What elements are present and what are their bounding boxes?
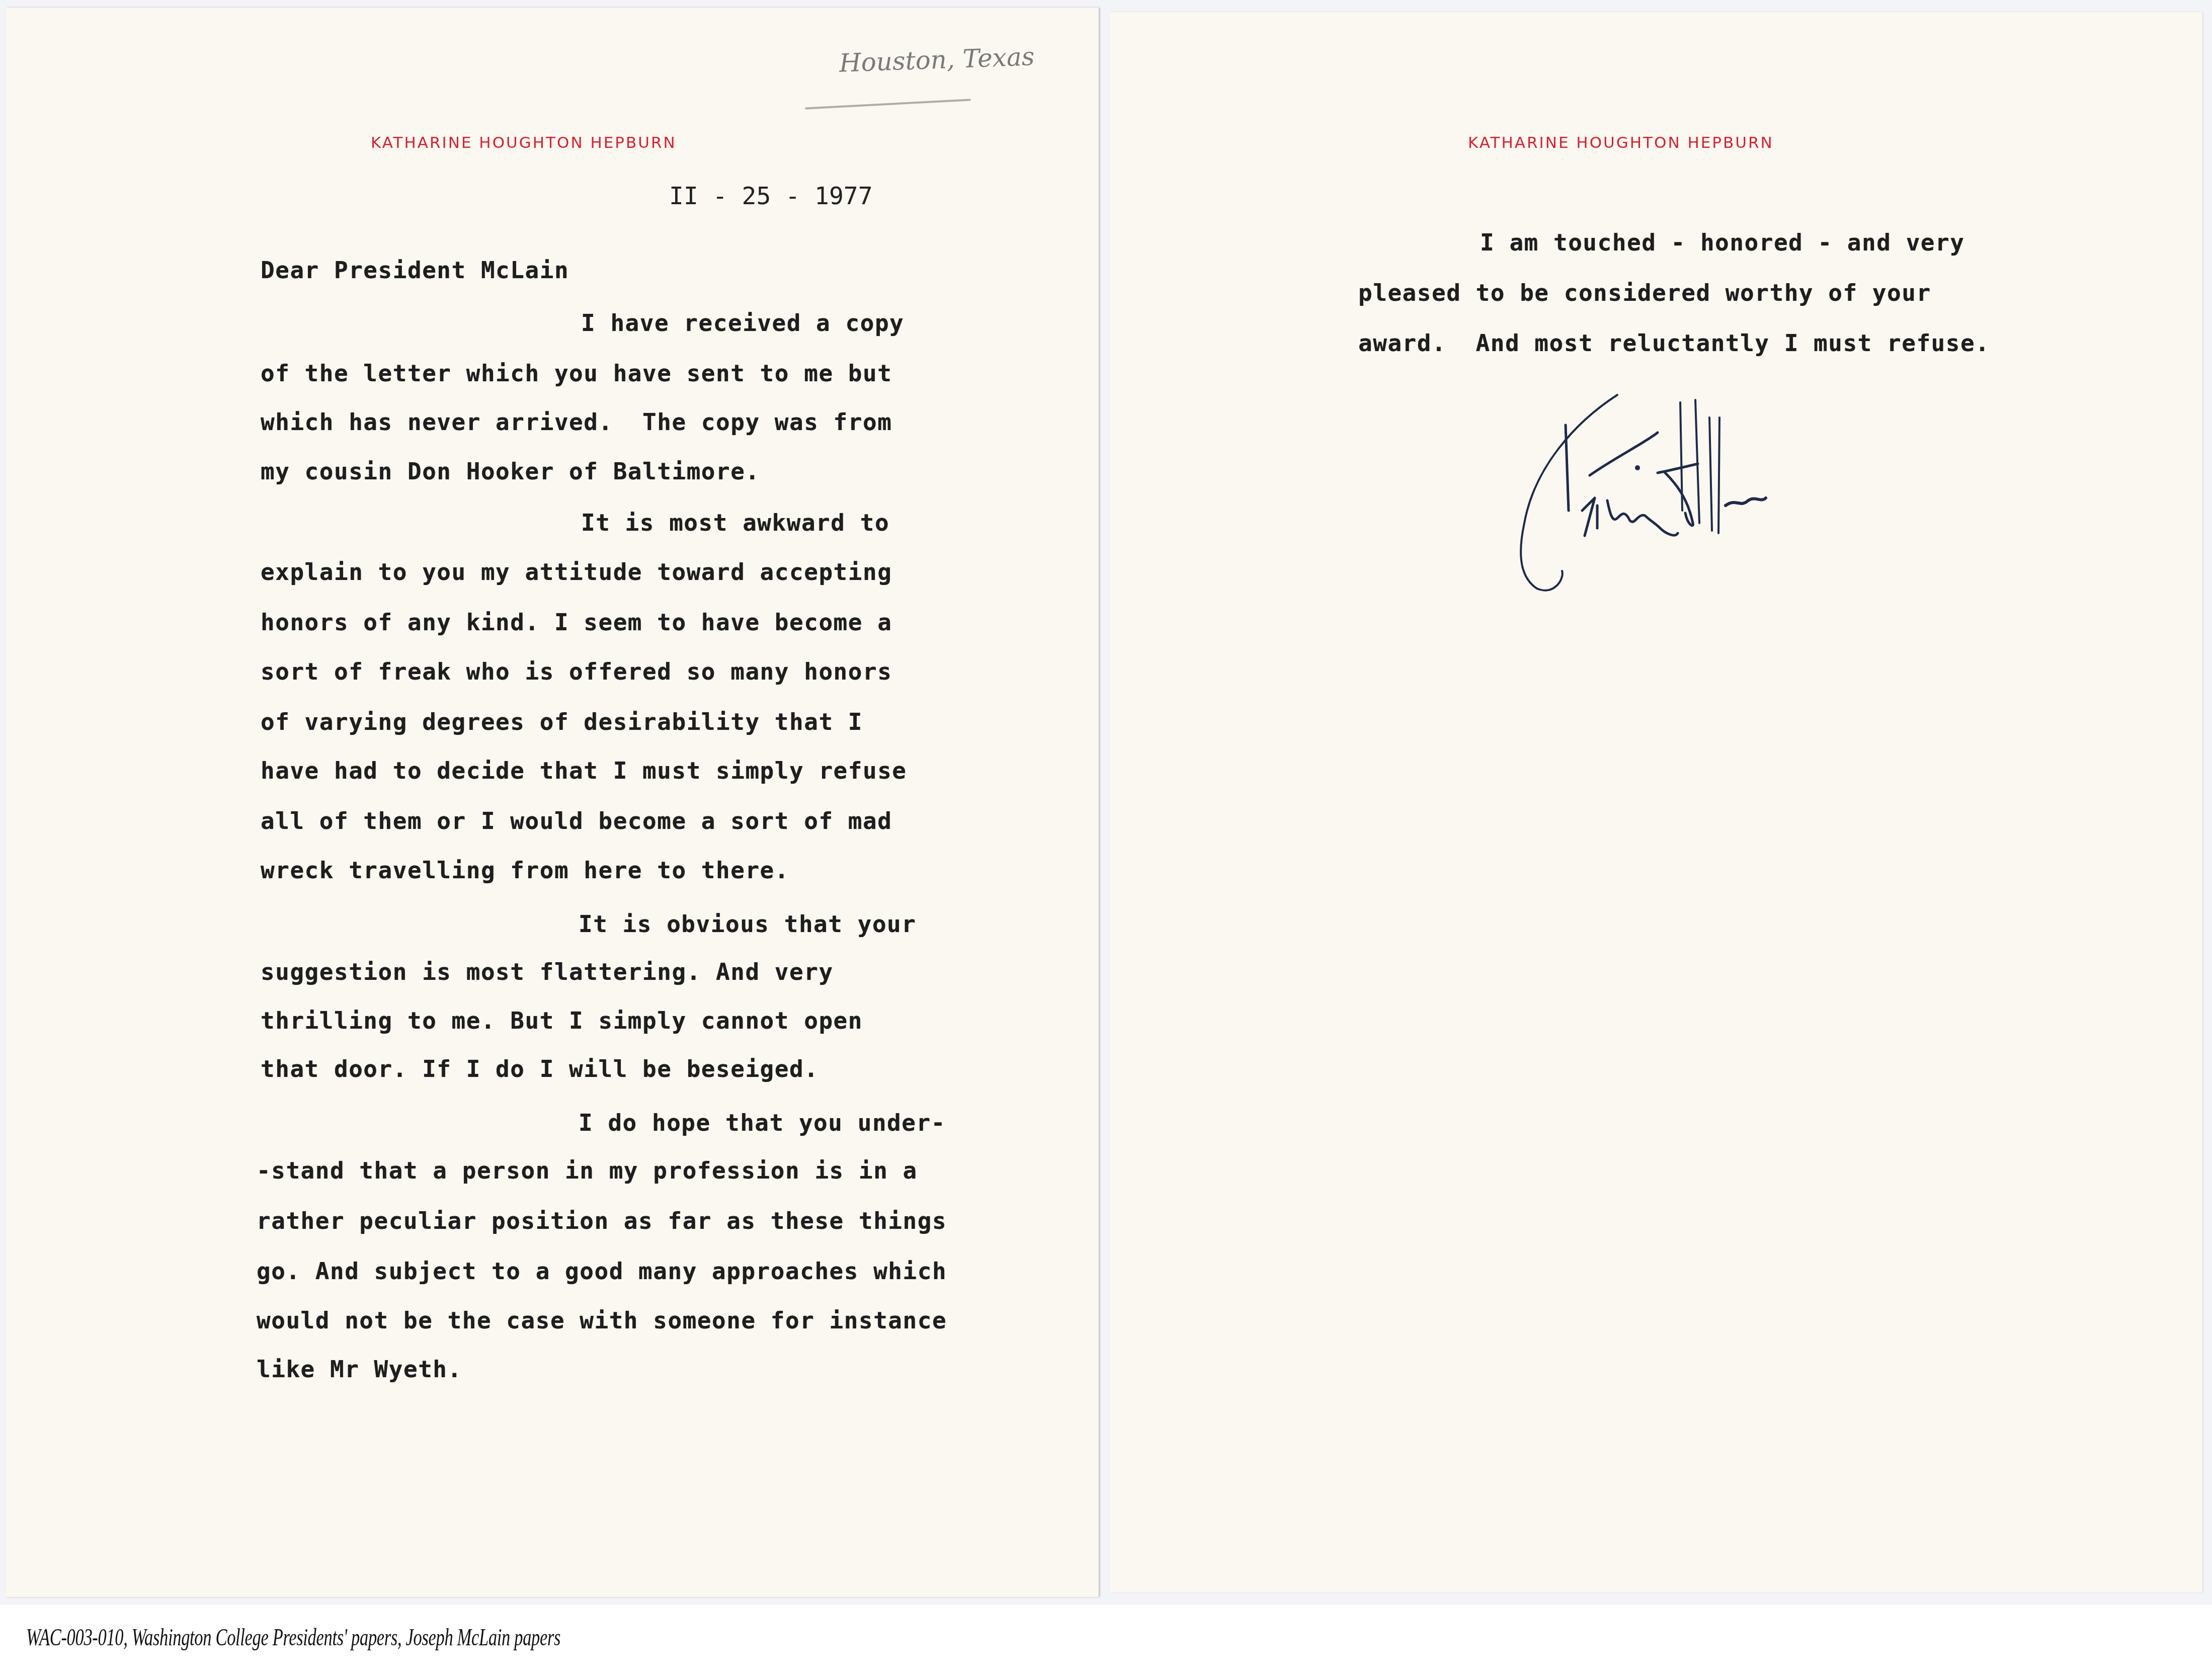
body-line: award. And most reluctantly I must refus…: [1358, 329, 1990, 357]
body-line: suggestion is most flattering. And very: [261, 958, 834, 985]
letterhead-page-1: KATHARINE HOUGHTON HEPBURN: [371, 134, 677, 152]
signature-ink: [1514, 377, 2183, 604]
body-line: It is obvious that your: [579, 910, 916, 938]
body-line: thrilling to me. But I simply cannot ope…: [261, 1007, 863, 1034]
body-line: rather peculiar position as far as these…: [257, 1207, 947, 1234]
body-line: my cousin Don Hooker of Baltimore.: [261, 458, 760, 485]
body-line: It is most awkward to: [581, 509, 889, 536]
letter-date: II - 25 - 1977: [669, 182, 873, 210]
body-line: have had to decide that I must simply re…: [261, 757, 907, 784]
body-line: I am touched - honored - and very: [1480, 229, 1964, 256]
archive-caption: WAC-003-010, Washington College Presiden…: [26, 1624, 560, 1651]
body-line: all of them or I would become a sort of …: [261, 807, 892, 834]
body-line: sort of freak who is offered so many hon…: [261, 658, 892, 685]
salutation: Dear President McLain: [261, 257, 569, 284]
body-line: honors of any kind. I seem to have becom…: [261, 609, 892, 636]
letter-page-1: [6, 8, 1099, 1597]
body-line: -stand that a person in my profession is…: [257, 1157, 918, 1184]
body-line: explain to you my attitude toward accept…: [261, 558, 892, 585]
body-line: I have received a copy: [581, 309, 904, 337]
body-line: go. And subject to a good many approache…: [257, 1257, 947, 1285]
body-line: I do hope that you under-: [579, 1109, 946, 1136]
body-line: of varying degrees of desirability that …: [261, 708, 863, 735]
body-line: wreck travelling from here to there.: [261, 857, 789, 884]
body-line: pleased to be considered worthy of your: [1358, 279, 1931, 306]
body-line: would not be the case with someone for i…: [257, 1307, 947, 1334]
body-line: of the letter which you have sent to me …: [261, 360, 892, 387]
body-line: like Mr Wyeth.: [257, 1356, 462, 1383]
body-line: that door. If I do I will be beseiged.: [261, 1055, 818, 1082]
body-line: which has never arrived. The copy was fr…: [261, 408, 892, 436]
letterhead-page-2: KATHARINE HOUGHTON HEPBURN: [1468, 134, 1774, 152]
